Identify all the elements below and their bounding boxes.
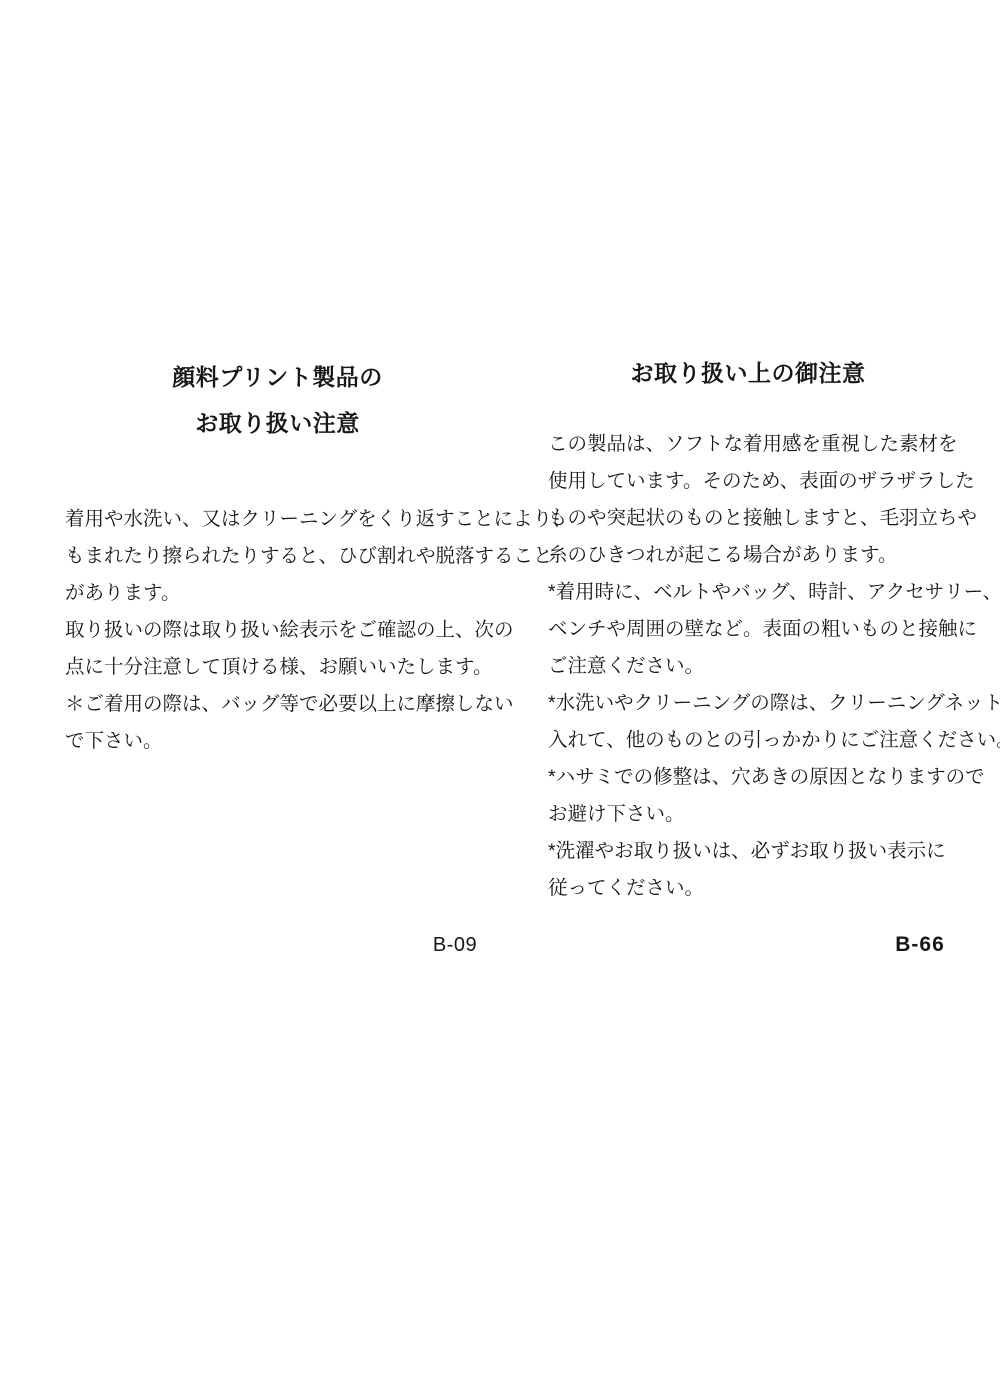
right-label-title-line-1: お取り扱い上の御注意	[548, 350, 948, 396]
right-body-line: 使用しています。そのため、表面のザラザラした	[548, 463, 973, 500]
right-body-line: *着用時に、ベルトやバッグ、時計、アクセサリー、	[548, 574, 973, 611]
right-label-code: B-66	[865, 933, 975, 957]
left-label-body: 着用や水洗い、又はクリーニングをくり返すことにより、 もまれたり擦られたりすると…	[65, 501, 510, 760]
right-label-body: この製品は、ソフトな着用感を重視した素材を 使用しています。そのため、表面のザラ…	[548, 426, 973, 907]
right-body-line: *ハサミでの修整は、穴あきの原因となりますので	[548, 759, 973, 796]
left-body-line: ＊ご着用の際は、バッグ等で必要以上に摩擦しない	[65, 686, 510, 723]
right-body-line: ベンチや周囲の壁など。表面の粗いものと接触に	[548, 611, 973, 648]
care-label-scan-page: 顔料プリント製品の お取り扱い注意 着用や水洗い、又はクリーニングをくり返すこと…	[0, 0, 1000, 1400]
right-body-line: 従ってください。	[548, 870, 973, 907]
right-body-line: *洗濯やお取り扱いは、必ずお取り扱い表示に	[548, 833, 973, 870]
right-body-line: *水洗いやクリーニングの際は、クリーニングネットに	[548, 685, 973, 722]
left-body-line: で下さい。	[65, 723, 510, 760]
left-label-title-line-1: 顔料プリント製品の	[65, 354, 490, 400]
left-body-line: 点に十分注意して頂ける様、お願いいたします。	[65, 649, 510, 686]
right-body-line: ご注意ください。	[548, 648, 973, 685]
right-body-line: ものや突起状のものと接触しますと、毛羽立ちや	[548, 500, 973, 537]
right-body-line: 入れて、他のものとの引っかかりにご注意ください。	[548, 722, 973, 759]
right-body-line: この製品は、ソフトな着用感を重視した素材を	[548, 426, 973, 463]
left-label-title-line-2: お取り扱い注意	[65, 400, 490, 446]
right-body-line: お避け下さい。	[548, 796, 973, 833]
left-body-line: もまれたり擦られたりすると、ひび割れや脱落すること	[65, 538, 510, 575]
right-label-title: お取り扱い上の御注意	[548, 350, 948, 396]
left-body-line: 着用や水洗い、又はクリーニングをくり返すことにより、	[65, 501, 510, 538]
left-label-title: 顔料プリント製品の お取り扱い注意	[65, 354, 490, 446]
left-body-line: 取り扱いの際は取り扱い絵表示をご確認の上、次の	[65, 612, 510, 649]
left-label-code: B-09	[420, 934, 490, 957]
right-body-line: 糸のひきつれが起こる場合があります。	[548, 537, 973, 574]
left-body-line: があります。	[65, 575, 510, 612]
